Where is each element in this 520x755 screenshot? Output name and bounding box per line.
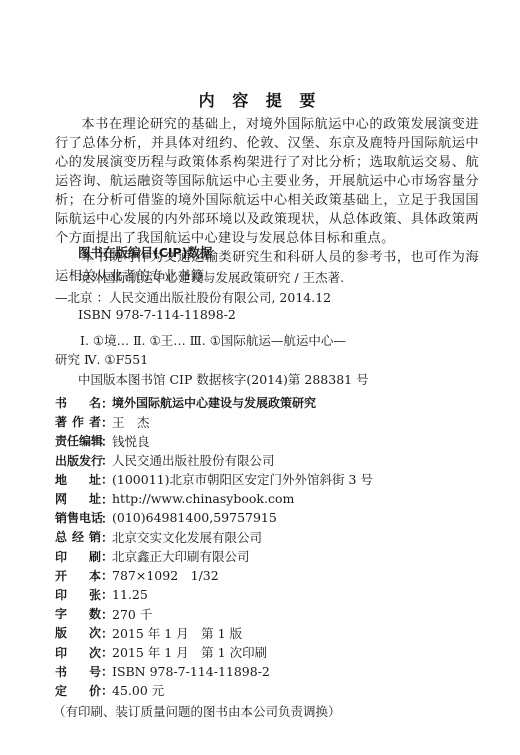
colon: ：: [101, 662, 110, 680]
colophon-row: 字数：270 千: [55, 604, 485, 623]
colon: ：: [101, 490, 110, 508]
colophon-row: 印张：11.25: [55, 585, 485, 604]
summary-paragraph: 本书在理论研究的基础上，对境外国际航运中心的政策发展演变进行了总体分析，并具体对…: [55, 115, 479, 248]
label-char: 责: [55, 432, 67, 449]
label-char: 经: [72, 528, 84, 545]
colophon-value: ISBN 978-7-114-11898-2: [110, 664, 270, 679]
colon: ：: [101, 432, 110, 450]
label-char: 号: [89, 663, 101, 680]
colophon-value: 人民交通出版社股份有限公司: [110, 451, 275, 469]
colophon-label: 印刷: [55, 548, 101, 565]
colophon-value: http://www.chinasybook.com: [110, 491, 294, 506]
colophon-row: 定价：45.00 元: [55, 681, 485, 700]
colophon-label: 总经销: [55, 528, 101, 545]
label-char: 次: [89, 624, 101, 641]
label-char: 址: [89, 471, 101, 488]
colophon-label: 字数: [55, 605, 101, 622]
label-char: 地: [55, 471, 67, 488]
cip-title-line: 境外国际航运中心建设与发展政策研究 / 王杰著.: [78, 268, 344, 286]
colon: ：: [101, 451, 110, 469]
label-char: 次: [89, 644, 101, 661]
cip-isbn-line: ISBN 978-7-114-11898-2: [78, 307, 236, 322]
colon: ：: [101, 394, 110, 412]
colophon-label: 开本: [55, 567, 101, 584]
label-char: 售: [67, 509, 79, 526]
colon: ：: [101, 509, 110, 527]
label-char: 书: [55, 663, 67, 680]
colophon-row: 责任编辑：钱悦良: [55, 431, 485, 450]
colon: ：: [101, 566, 110, 584]
label-char: 版: [67, 452, 79, 469]
cip-heading: 图书在版编目(CIP)数据: [78, 243, 212, 261]
label-char: 印: [55, 644, 67, 661]
colophon-label: 定价: [55, 682, 101, 699]
colophon-row: 开本：787×1092 1/32: [55, 566, 485, 585]
label-char: 开: [55, 567, 67, 584]
colophon-value: 王 杰: [110, 413, 150, 431]
colophon-row: 网址：http://www.chinasybook.com: [55, 489, 485, 508]
colophon-label: 地址: [55, 471, 101, 488]
colon: ：: [101, 605, 110, 623]
colophon-label: 书名: [55, 394, 101, 411]
colon: ：: [101, 624, 110, 642]
label-char: 者: [89, 413, 101, 430]
colophon-row: 地址：(100011)北京市朝阳区安定门外外馆斜街 3 号: [55, 470, 485, 489]
colophon-row: 出版发行：人民交通出版社股份有限公司: [55, 451, 485, 470]
colon: ：: [101, 681, 110, 699]
colophon-row: 书名：境外国际航运中心建设与发展政策研究: [55, 393, 485, 412]
label-char: 刷: [89, 548, 101, 565]
label-char: 张: [89, 586, 101, 603]
colophon-label: 责任编辑: [55, 432, 101, 449]
label-char: 址: [89, 490, 101, 507]
colophon-value: 2015 年 1 月 第 1 版: [110, 624, 242, 642]
colophon-row: 著作者：王 杰: [55, 412, 485, 431]
label-char: 版: [55, 624, 67, 641]
cip-classification-line: Ⅰ. ①境… Ⅱ. ①王… Ⅲ. ①国际航运—航运中心—: [80, 331, 346, 349]
colophon-value: (100011)北京市朝阳区安定门外外馆斜街 3 号: [110, 470, 373, 488]
label-char: 电: [79, 509, 91, 526]
colophon-table: 书名：境外国际航运中心建设与发展政策研究著作者：王 杰责任编辑：钱悦良出版发行：…: [55, 393, 485, 700]
quality-note: （有印刷、装订质量问题的图书由本公司负责调换）: [53, 702, 341, 720]
colophon-row: 销售电话：(010)64981400,59757915: [55, 508, 485, 527]
copyright-page: 内 容 提 要 本书在理论研究的基础上，对境外国际航运中心的政策发展演变进行了总…: [0, 0, 520, 755]
label-char: 出: [55, 452, 67, 469]
label-char: 数: [89, 605, 101, 622]
colophon-label: 出版发行: [55, 452, 101, 469]
colophon-row: 版次：2015 年 1 月 第 1 版: [55, 623, 485, 642]
label-char: 作: [72, 413, 84, 430]
label-char: 本: [89, 567, 101, 584]
colophon-value: 270 千: [110, 605, 152, 623]
label-char: 字: [55, 605, 67, 622]
cip-publisher-line: —北京 ：人民交通出版社股份有限公司, 2014.12: [55, 288, 331, 306]
label-char: 印: [55, 586, 67, 603]
label-char: 书: [55, 394, 67, 411]
colophon-label: 网址: [55, 490, 101, 507]
label-char: 网: [55, 490, 67, 507]
colophon-value: 北京鑫正大印刷有限公司: [110, 547, 250, 565]
colon: ：: [101, 547, 110, 565]
colophon-value: 境外国际航运中心建设与发展政策研究: [110, 394, 316, 411]
label-char: 著: [55, 413, 67, 430]
label-char: 任: [67, 432, 79, 449]
cip-classification-line: 研究 Ⅳ. ①F551: [55, 350, 148, 368]
label-char: 销: [89, 528, 101, 545]
colophon-label: 销售电话: [55, 509, 101, 526]
colophon-row: 印次：2015 年 1 月 第 1 次印刷: [55, 642, 485, 661]
colophon-label: 版次: [55, 624, 101, 641]
colon: ：: [101, 528, 110, 546]
colophon-row: 总经销：北京交实文化发展有限公司: [55, 527, 485, 546]
label-char: 总: [55, 528, 67, 545]
colophon-row: 印刷：北京鑫正大印刷有限公司: [55, 547, 485, 566]
colon: ：: [101, 413, 110, 431]
colophon-label: 著作者: [55, 413, 101, 430]
colophon-value: (010)64981400,59757915: [110, 510, 277, 525]
colophon-row: 书号：ISBN 978-7-114-11898-2: [55, 662, 485, 681]
colon: ：: [101, 470, 110, 488]
colophon-value: 45.00 元: [110, 681, 164, 699]
label-char: 价: [89, 682, 101, 699]
label-char: 名: [89, 394, 101, 411]
label-char: 印: [55, 548, 67, 565]
colophon-value: 11.25: [110, 587, 148, 602]
label-char: 编: [79, 432, 91, 449]
colophon-label: 印次: [55, 644, 101, 661]
colophon-label: 书号: [55, 663, 101, 680]
label-char: 定: [55, 682, 67, 699]
label-char: 发: [79, 452, 91, 469]
colophon-label: 印张: [55, 586, 101, 603]
colon: ：: [101, 585, 110, 603]
colophon-value: 2015 年 1 月 第 1 次印刷: [110, 643, 267, 661]
colophon-value: 北京交实文化发展有限公司: [110, 528, 262, 546]
colophon-value: 787×1092 1/32: [110, 566, 219, 584]
colophon-value: 钱悦良: [110, 432, 150, 450]
label-char: 销: [55, 509, 67, 526]
colon: ：: [101, 643, 110, 661]
cip-verification-line: 中国版本图书馆 CIP 数据核字(2014)第 288381 号: [78, 370, 369, 388]
summary-heading: 内 容 提 要: [0, 88, 520, 111]
